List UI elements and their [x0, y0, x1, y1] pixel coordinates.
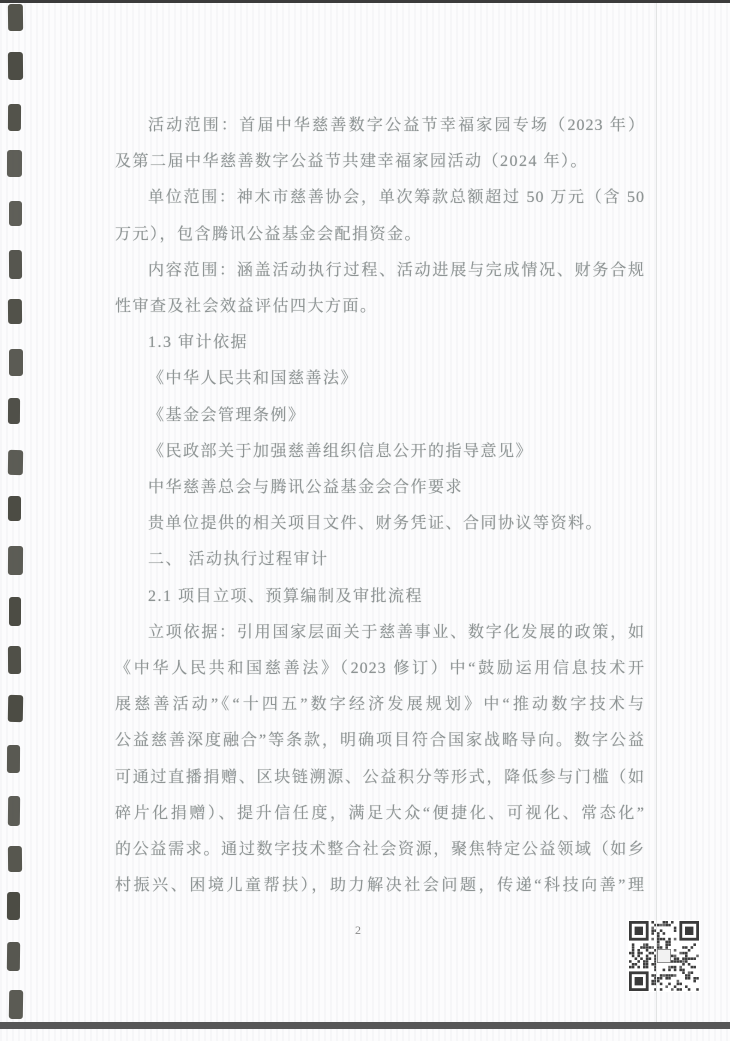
text-line: 《基金会管理条例》 [115, 397, 645, 434]
binding-hole-mark [7, 892, 20, 920]
qr-code [628, 920, 700, 992]
binding-hole-mark [8, 846, 22, 872]
binding-hole-mark [8, 4, 23, 31]
binding-hole-mark [8, 646, 21, 674]
binding-hole-mark [8, 398, 20, 425]
binding-hole-mark [7, 745, 20, 773]
binding-hole-mark [8, 795, 21, 825]
qr-code-svg [628, 920, 700, 992]
text-line: 的公益需求。通过数字技术整合社会资源，聚焦特定公益领域（如乡 [115, 831, 645, 868]
text-line: 《中华人民共和国慈善法》（2023 修订）中“鼓励运用信息技术开 [115, 650, 645, 687]
text-line: 单位范围：神木市慈善协会，单次筹款总额超过 50 万元（含 50 [115, 179, 645, 216]
binding-hole-mark [8, 450, 23, 476]
text-line: 内容范围：涵盖活动执行过程、活动进展与完成情况、财务合规 [115, 252, 645, 289]
paper-fold-line [656, 3, 657, 1022]
qr-center-logo [657, 949, 671, 963]
text-line: 及第二届中华慈善数字公益节共建幸福家园活动（2024 年）。 [115, 143, 645, 180]
binding-hole-mark [7, 942, 21, 971]
text-line: 中华慈善总会与腾讯公益基金会合作要求 [115, 469, 645, 506]
binding-hole-mark [8, 104, 21, 131]
text-line: 公益慈善深度融合”等条款，明确项目符合国家战略导向。数字公益 [115, 722, 645, 759]
binding-hole-mark [9, 250, 23, 279]
binding-hole-mark [8, 496, 21, 521]
text-line: 2.1 项目立项、预算编制及审批流程 [115, 578, 645, 615]
text-line: 《民政部关于加强慈善组织信息公开的指导意见》 [115, 433, 645, 470]
binding-hole-mark [8, 695, 23, 722]
text-line: 村振兴、困境儿童帮扶），助力解决社会问题，传递“科技向善”理 [115, 867, 645, 904]
text-line: 可通过直播捐赠、区块链溯源、公益积分等形式，降低参与门槛（如 [115, 759, 645, 796]
text-line: 贵单位提供的相关项目文件、财务凭证、合同协议等资料。 [115, 505, 645, 542]
text-line: 万元），包含腾讯公益基金会配捐资金。 [115, 216, 645, 253]
text-line: 活动范围：首届中华慈善数字公益节幸福家园专场（2023 年） [115, 107, 645, 144]
binding-hole-mark [9, 349, 23, 376]
text-line: 性审查及社会效益评估四大方面。 [115, 288, 645, 325]
binding-hole-mark [7, 150, 22, 177]
text-line: 1.3 审计依据 [115, 324, 645, 361]
scan-top-edge-line [0, 0, 730, 3]
text-line: 《中华人民共和国慈善法》 [115, 360, 645, 397]
binding-holes-strip [0, 0, 40, 1041]
scan-bottom-edge-line [0, 1022, 730, 1029]
binding-hole-mark [8, 298, 22, 323]
binding-hole-mark [9, 597, 21, 626]
page-number: 2 [0, 920, 716, 940]
scan-page: 活动范围：首届中华慈善数字公益节幸福家园专场（2023 年）及第二届中华慈善数字… [0, 0, 730, 1041]
text-line: 立项依据：引用国家层面关于慈善事业、数字化发展的政策，如 [115, 614, 645, 651]
text-line: 二、 活动执行过程审计 [115, 541, 645, 578]
binding-hole-mark [7, 546, 22, 575]
binding-hole-mark [9, 990, 23, 1019]
binding-hole-mark [9, 201, 22, 226]
binding-hole-mark [8, 52, 23, 80]
text-line: 展慈善活动”《“十四五”数字经济发展规划》中“推动数字技术与 [115, 686, 645, 723]
text-line: 碎片化捐赠）、提升信任度，满足大众“便捷化、可视化、常态化” [115, 795, 645, 832]
